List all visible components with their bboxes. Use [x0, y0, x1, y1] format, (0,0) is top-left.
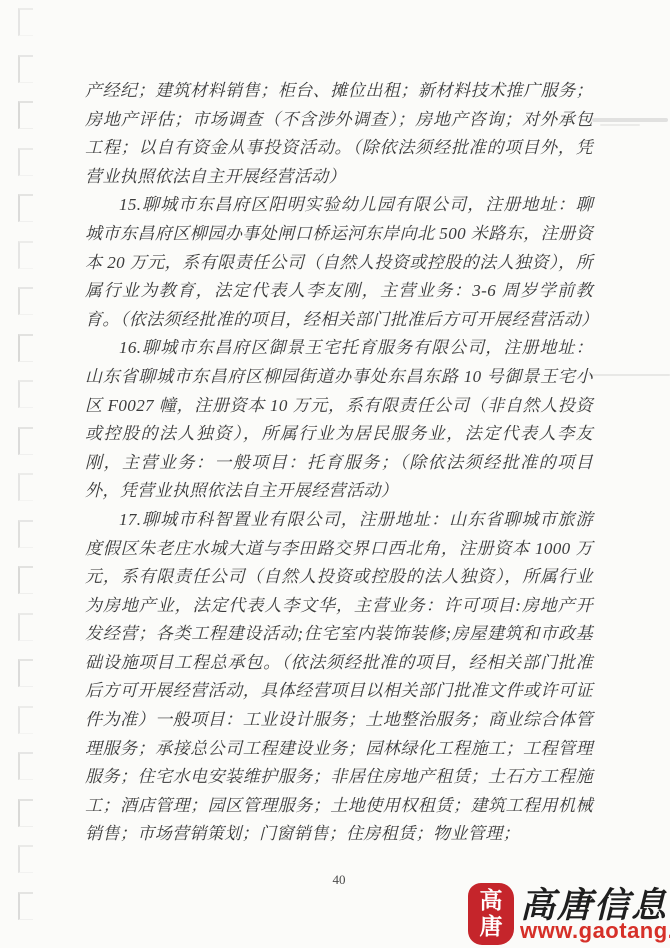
- binding-mark: [18, 706, 33, 734]
- seal-char-bottom: 唐: [480, 914, 503, 940]
- paragraph-item-17: 17.聊城市科智置业有限公司，注册地址：山东省聊城市旅游度假区朱老庄水城大道与李…: [85, 506, 593, 849]
- binding-mark: [18, 613, 33, 641]
- binding-mark: [18, 892, 33, 920]
- watermark-site-url: www.gaotang.cc: [520, 918, 670, 944]
- binding-mark: [18, 566, 33, 594]
- scan-artifact-line: [600, 124, 640, 126]
- binding-mark: [18, 334, 33, 362]
- binding-mark: [18, 845, 33, 873]
- binding-mark: [18, 380, 33, 408]
- gaotang-seal-icon: 高 唐: [468, 883, 514, 945]
- binding-mark: [18, 101, 33, 129]
- binding-mark: [18, 287, 33, 315]
- binding-mark: [18, 194, 33, 222]
- binding-mark: [18, 659, 33, 687]
- binding-mark: [18, 799, 33, 827]
- scan-binding-marks: [0, 0, 60, 948]
- paragraph-item-16: 16.聊城市东昌府区御景王宅托育服务有限公司，注册地址：山东省聊城市东昌府区柳园…: [85, 334, 593, 506]
- binding-mark: [18, 148, 33, 176]
- binding-mark: [18, 8, 33, 36]
- paragraph-item-15: 15.聊城市东昌府区阳明实验幼儿园有限公司，注册地址：聊城市东昌府区柳园办事处闸…: [85, 191, 593, 334]
- binding-mark: [18, 241, 33, 269]
- gaotang-watermark: 高 唐 高唐信息港 www.gaotang.cc: [466, 882, 670, 948]
- seal-char-top: 高: [480, 888, 503, 914]
- paragraph-continuation: 产经纪；建筑材料销售；柜台、摊位出租；新材料技术推广服务；房地产评估；市场调查（…: [85, 77, 593, 191]
- binding-mark: [18, 473, 33, 501]
- scanned-document-page: 产经纪；建筑材料销售；柜台、摊位出租；新材料技术推广服务；房地产评估；市场调查（…: [0, 0, 670, 948]
- scan-artifact-line: [588, 374, 670, 376]
- binding-mark: [18, 55, 33, 83]
- binding-mark: [18, 520, 33, 548]
- scan-artifact-line: [592, 118, 668, 122]
- binding-mark: [18, 427, 33, 455]
- document-text-column: 产经纪；建筑材料销售；柜台、摊位出租；新材料技术推广服务；房地产评估；市场调查（…: [85, 77, 593, 849]
- binding-mark: [18, 752, 33, 780]
